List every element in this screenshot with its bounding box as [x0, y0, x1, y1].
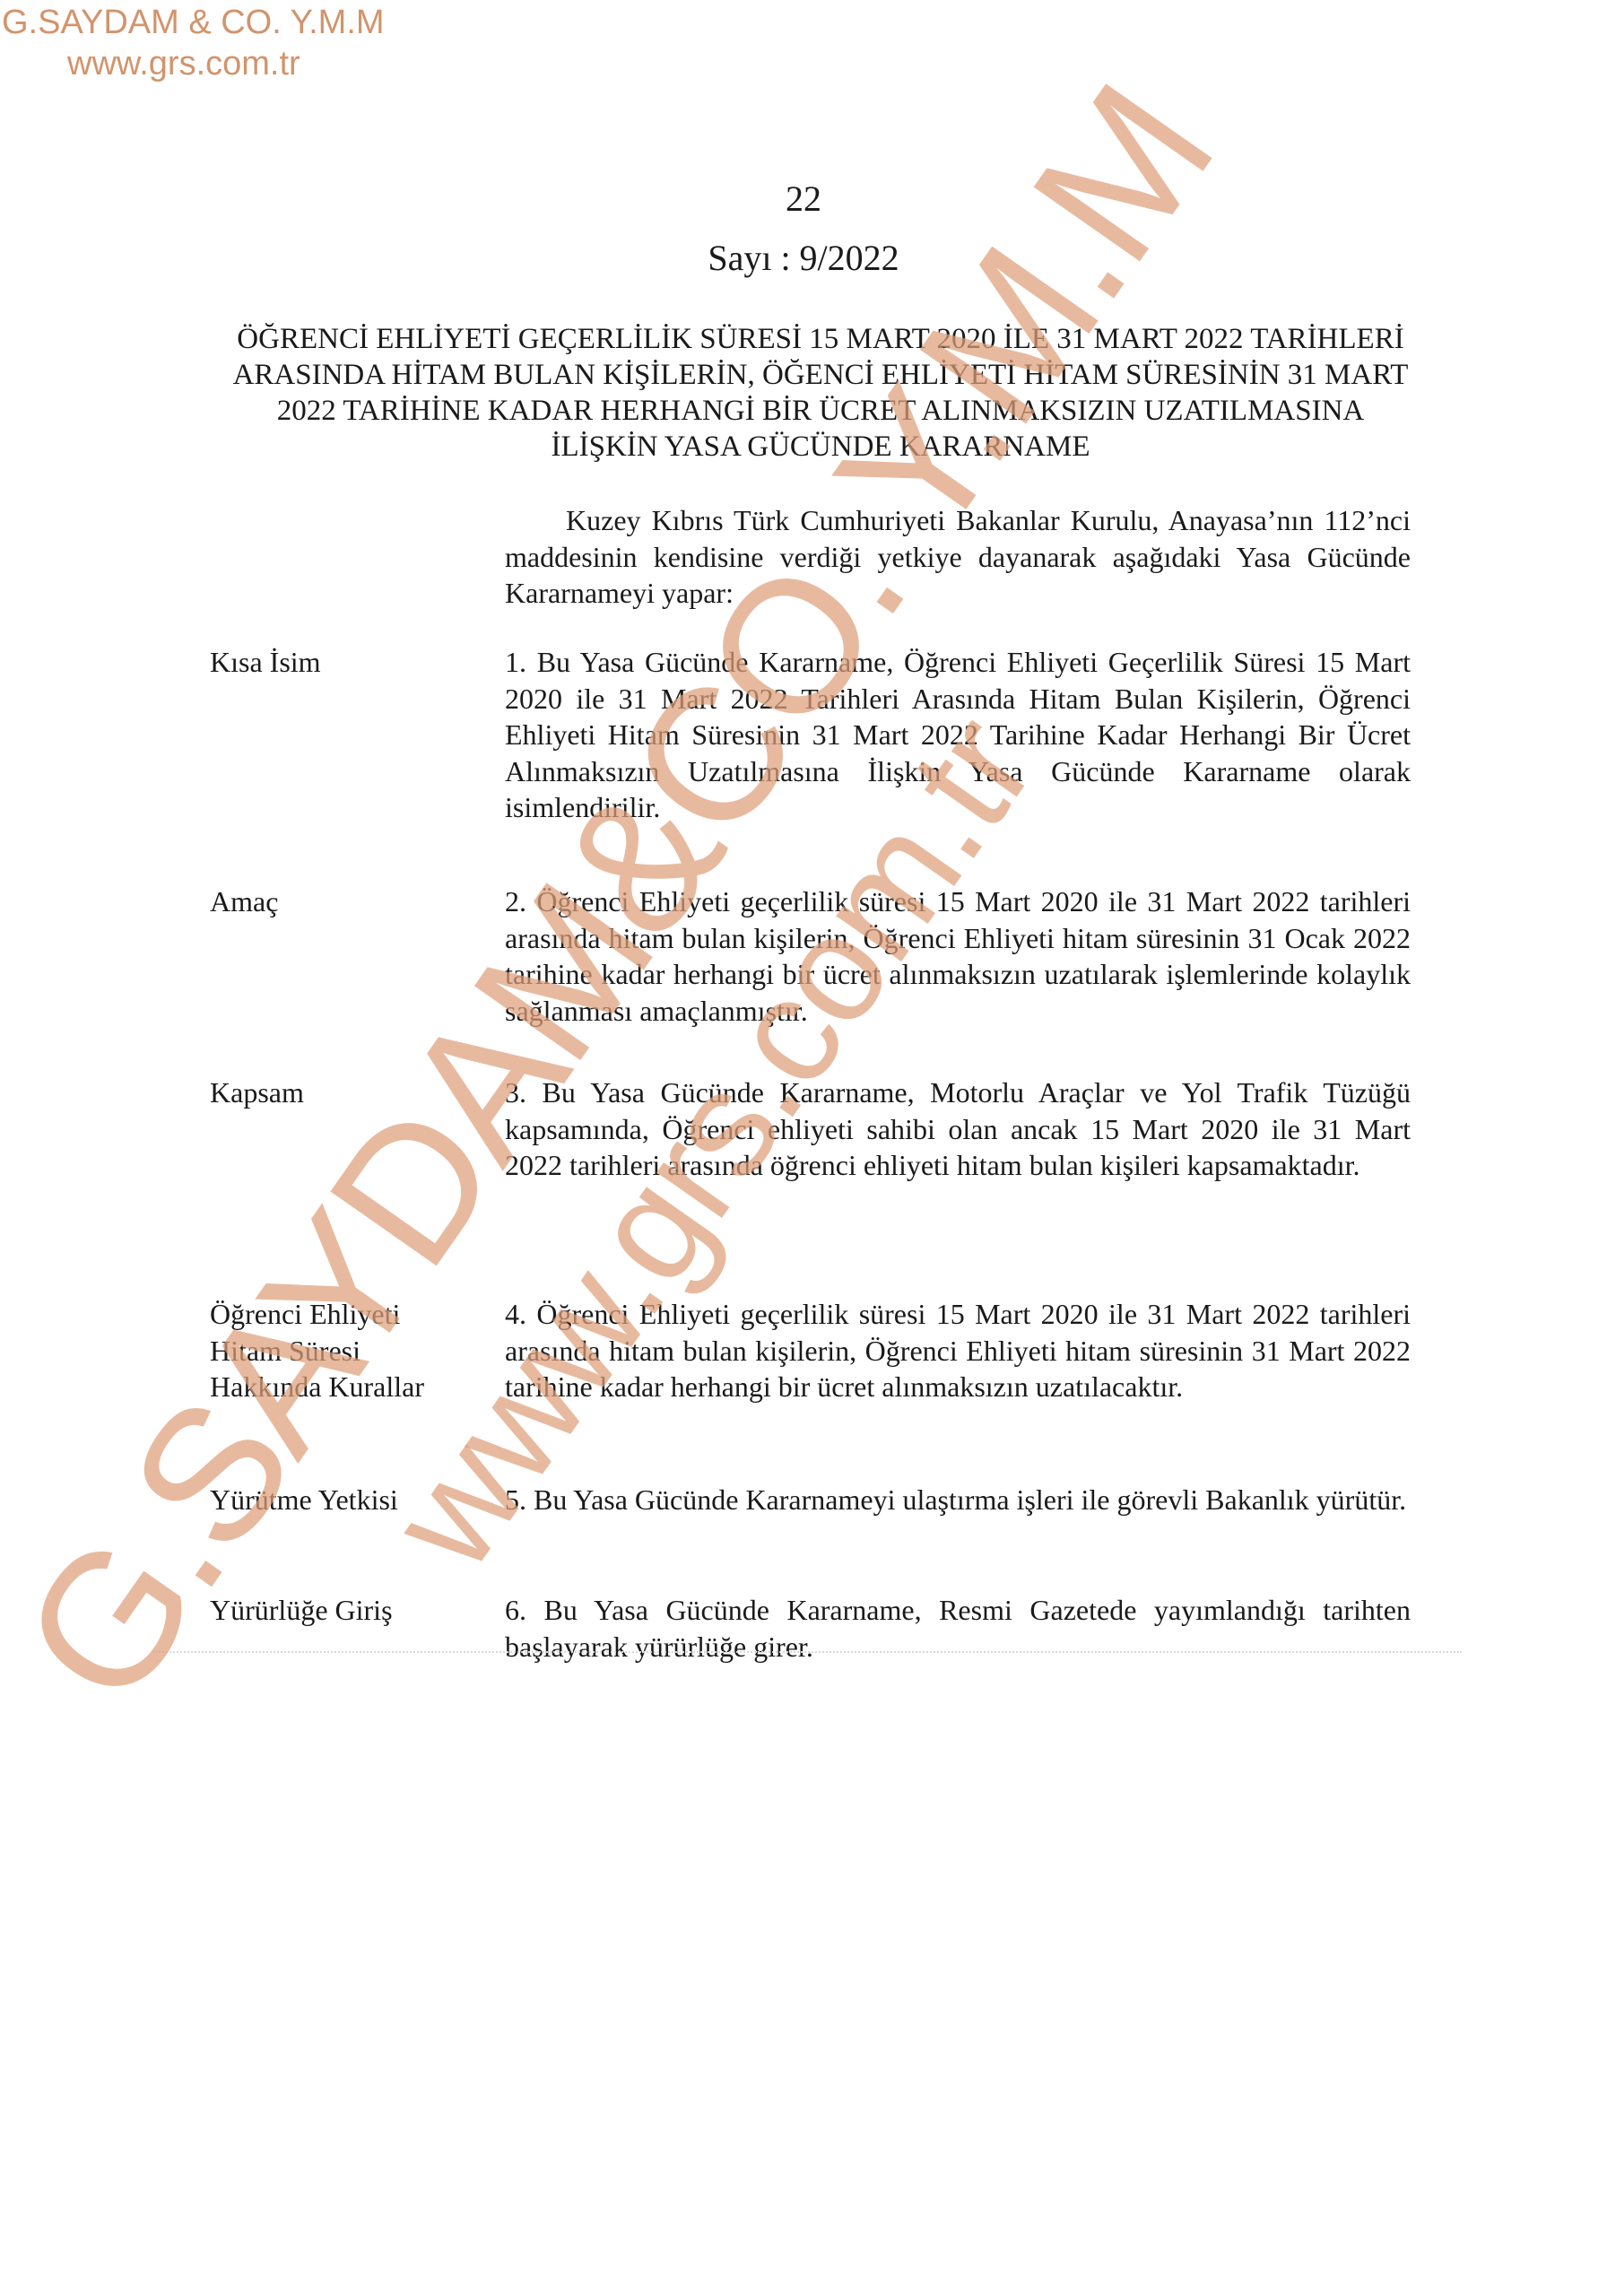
article-text: 2. Öğrenci Ehliyeti geçerlilik süresi 15… [505, 883, 1411, 1029]
issue-number: Sayı : 9/2022 [0, 237, 1607, 279]
article-text: 3. Bu Yasa Gücünde Kararname, Motorlu Ar… [505, 1074, 1411, 1184]
company-name: G.SAYDAM & CO. Y.M.M [0, 2, 385, 43]
article-heading: Kısa İsim [210, 644, 479, 681]
preamble: Kuzey Kıbrıs Türk Cumhuriyeti Bakanlar K… [505, 502, 1411, 612]
page-number: 22 [0, 178, 1607, 220]
article-text: 6. Bu Yasa Gücünde Kararname, Resmi Gaze… [505, 1592, 1411, 1665]
title-line: İLİŞKİN YASA GÜCÜNDE KARARNAME [193, 429, 1448, 465]
article-heading: Yürürlüğe Giriş [210, 1592, 479, 1629]
company-website: www.grs.com.tr [0, 43, 385, 84]
article-heading: Kapsam [210, 1074, 479, 1111]
article-text: 5. Bu Yasa Gücünde Kararnameyi ulaştırma… [505, 1482, 1411, 1518]
article-heading: Öğrenci Ehliyeti Hitam Süresi Hakkında K… [210, 1296, 479, 1405]
article-heading: Yürütme Yetkisi [210, 1482, 479, 1518]
title-line: ARASINDA HİTAM BULAN KİŞİLERİN, ÖĞENCİ E… [193, 357, 1448, 393]
title-line: 2022 TARİHİNE KADAR HERHANGİ BİR ÜCRET A… [193, 393, 1448, 429]
article-text: 1. Bu Yasa Gücünde Kararname, Öğrenci Eh… [505, 644, 1411, 826]
header-watermark: G.SAYDAM & CO. Y.M.M www.grs.com.tr [0, 2, 385, 84]
decree-title: ÖĞRENCİ EHLİYETİ GEÇERLİLİK SÜRESİ 15 MA… [193, 321, 1448, 465]
article-text: 4. Öğrenci Ehliyeti geçerlilik süresi 15… [505, 1296, 1411, 1405]
article-heading: Amaç [210, 883, 479, 920]
scan-divider-line [152, 1651, 1462, 1653]
title-line: ÖĞRENCİ EHLİYETİ GEÇERLİLİK SÜRESİ 15 MA… [193, 321, 1448, 357]
